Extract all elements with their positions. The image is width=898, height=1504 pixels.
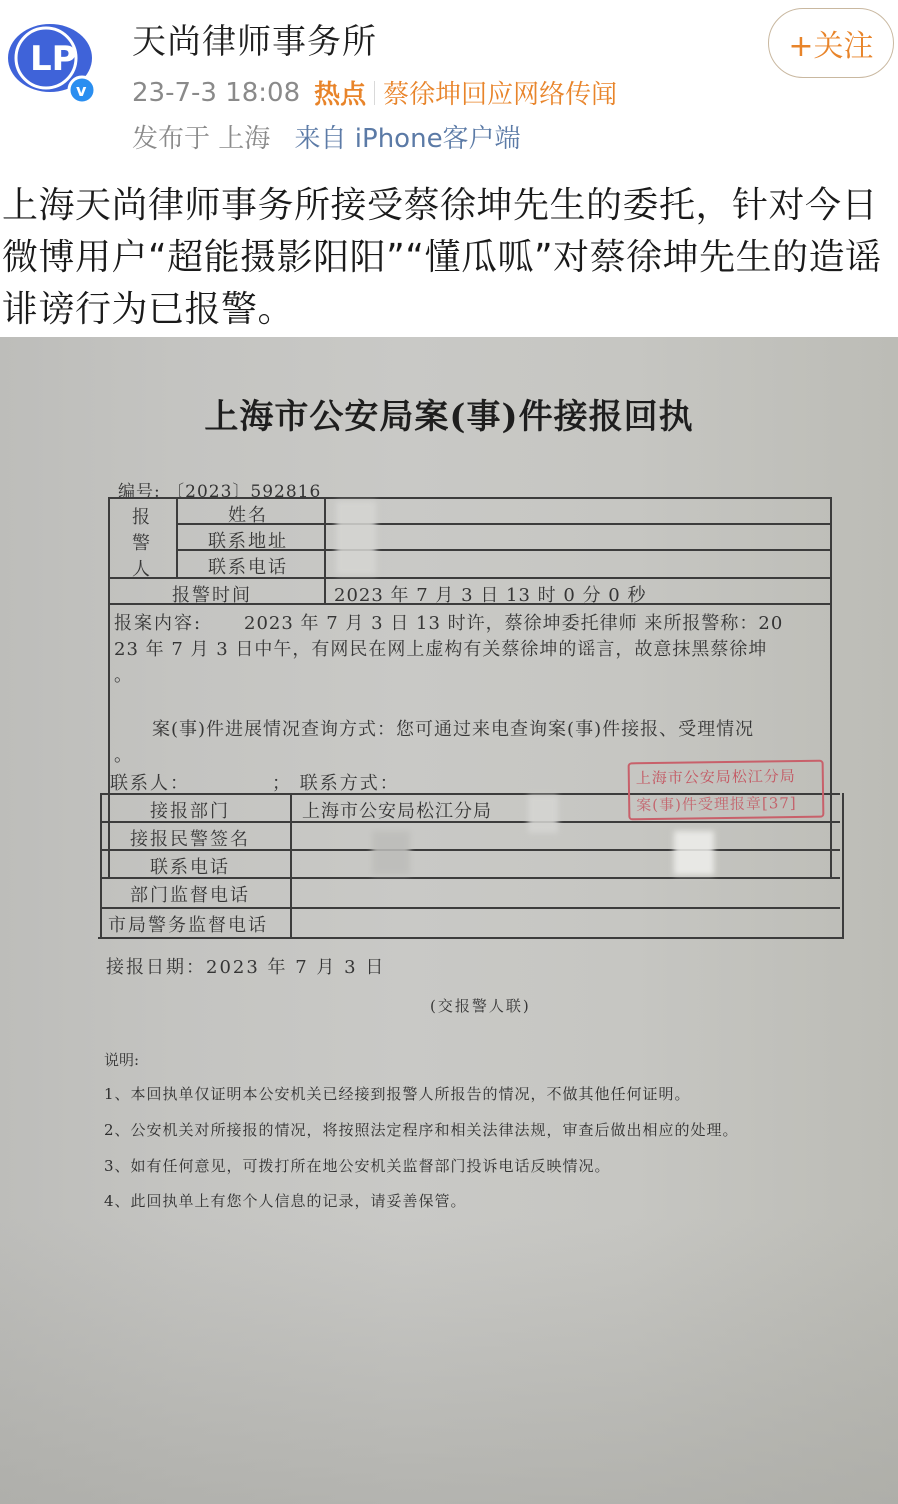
redacted-region bbox=[674, 831, 714, 875]
dept-label: 接报部门 bbox=[150, 797, 230, 823]
received-date-value: 2023 年 7 月 3 日 bbox=[206, 957, 385, 978]
officer-sign-label: 接报民警签名 bbox=[130, 825, 250, 851]
post-meta-line: 23-7-3 18:08 热点 蔡徐坤回应网络传闻 bbox=[132, 74, 617, 111]
contact-method-label: ； 联系方式： bbox=[272, 769, 400, 795]
notes-heading: 说明: bbox=[104, 1049, 139, 1070]
reporter-label-char: 报 bbox=[132, 503, 152, 529]
redacted-region bbox=[372, 831, 410, 875]
address-label: 联系地址 bbox=[208, 527, 288, 553]
post-image[interactable]: 上海市公安局案(事)件接报回执 编号: 〔2023〕592816 报 警 人 姓… bbox=[0, 337, 898, 1504]
table-line bbox=[842, 793, 844, 939]
photo-shadow bbox=[0, 1217, 898, 1504]
note-item: 4、此回执单上有您个人信息的记录，请妥善保管。 bbox=[104, 1190, 467, 1211]
table-line bbox=[98, 937, 844, 939]
table-line bbox=[108, 497, 110, 877]
document-title: 上海市公安局案(事)件接报回执 bbox=[0, 389, 898, 438]
city-supervision-label: 市局警务监督电话 bbox=[108, 911, 268, 937]
post-client-source: 来自 iPhone客户端 bbox=[295, 124, 521, 154]
content-text-line: 23 年 7 月 3 日中午，有网民在网上虚构有关蔡徐坤的谣言，故意抹黑蔡徐坤 bbox=[114, 635, 767, 661]
table-line bbox=[100, 793, 102, 939]
officer-phone-label: 联系电话 bbox=[150, 853, 230, 879]
query-method-text: 案(事)件进展情况查询方式：您可通过来电查询案(事)件接报、受理情况 bbox=[152, 715, 754, 741]
post-body-text: 上海天尚律师事务所接受蔡徐坤先生的委托，针对今日微博用户“超能摄影阳阳”“懂瓜呱… bbox=[2, 180, 894, 336]
query-method-text: 。 bbox=[114, 741, 134, 767]
hot-badge: 热点 bbox=[314, 74, 366, 111]
content-label: 报案内容: bbox=[114, 609, 202, 635]
post-source-line: 发布于 上海 来自 iPhone客户端 bbox=[132, 118, 521, 155]
copy-note: (交报警人联) bbox=[430, 995, 531, 1016]
table-line bbox=[176, 497, 178, 577]
number-label: 编号: bbox=[118, 482, 161, 502]
report-time-value: 2023 年 7 月 3 日 13 时 0 分 0 秒 bbox=[334, 581, 646, 607]
redacted-region bbox=[336, 501, 376, 575]
contact-person-label: 联系人： bbox=[110, 769, 190, 795]
table-line bbox=[830, 497, 832, 877]
seal-text: 案(事)件受理报章[37] bbox=[636, 792, 797, 815]
seal-text: 上海市公安局松江分局 bbox=[636, 765, 796, 788]
hot-topic-link[interactable]: 蔡徐坤回应网络传闻 bbox=[383, 74, 617, 111]
svg-text:LP: LP bbox=[30, 39, 77, 79]
redacted-region bbox=[528, 795, 558, 833]
dept-supervision-label: 部门监督电话 bbox=[130, 881, 250, 907]
svg-text:v: v bbox=[76, 81, 87, 100]
official-seal: 上海市公安局松江分局 案(事)件受理报章[37] bbox=[628, 760, 825, 821]
note-item: 3、如有任何意见，可拨打所在地公安机关监督部门投诉电话反映情况。 bbox=[104, 1155, 611, 1176]
law-firm-logo-icon: LP v bbox=[6, 12, 98, 104]
table-line bbox=[108, 497, 830, 499]
follow-button[interactable]: +关注 bbox=[768, 8, 894, 78]
name-label: 姓名 bbox=[228, 501, 268, 527]
received-date: 接报日期：2023 年 7 月 3 日 bbox=[106, 953, 385, 979]
phone-label: 联系电话 bbox=[208, 553, 288, 579]
table-line bbox=[100, 907, 840, 909]
table-line bbox=[324, 497, 326, 603]
post-location: 发布于 上海 bbox=[132, 124, 270, 154]
reporter-label-char: 人 bbox=[132, 555, 152, 581]
content-text-line: 2023 年 7 月 3 日 13 时许，蔡徐坤委托律师 来所报警称：20 bbox=[244, 609, 783, 635]
post-timestamp: 23-7-3 18:08 bbox=[132, 78, 300, 108]
note-item: 2、公安机关对所接报的情况，将按照法定程序和相关法律法规，审查后做出相应的处理。 bbox=[104, 1119, 739, 1140]
author-avatar[interactable]: LP v bbox=[6, 12, 98, 104]
table-line bbox=[176, 523, 830, 525]
reporter-label-char: 警 bbox=[132, 529, 152, 555]
report-time-label: 报警时间 bbox=[172, 581, 252, 607]
number-value: 〔2023〕592816 bbox=[167, 482, 321, 502]
received-date-label: 接报日期： bbox=[106, 957, 206, 978]
content-text-line: 。 bbox=[114, 661, 134, 687]
author-name[interactable]: 天尚律师事务所 bbox=[132, 14, 377, 63]
note-item: 1、本回执单仅证明本公安机关已经接到报警人所报告的情况，不做其他任何证明。 bbox=[104, 1083, 691, 1104]
divider bbox=[374, 81, 375, 105]
dept-value: 上海市公安局松江分局 bbox=[302, 797, 492, 823]
table-line bbox=[290, 793, 292, 939]
